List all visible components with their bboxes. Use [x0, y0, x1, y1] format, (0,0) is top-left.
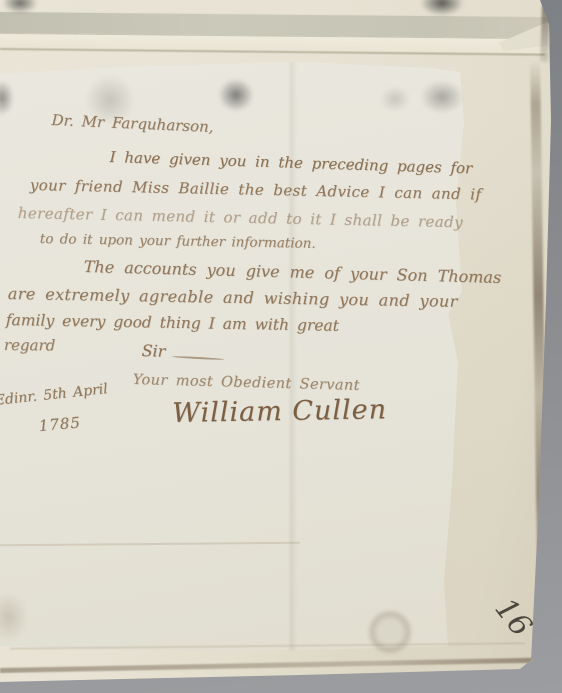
album-page: Dr. Mr Farquharson, I have given you in … [0, 0, 562, 693]
letter-sheet [0, 62, 472, 654]
ink-blot [420, 80, 464, 114]
signature: William Cullen [172, 394, 387, 429]
page-edge-wear-top [540, 6, 550, 62]
ink-blot [368, 610, 412, 654]
dateline-year: 1785 [38, 413, 82, 435]
body-line-8: regard [4, 336, 56, 354]
ink-blot [218, 78, 254, 112]
page-edge-wear [530, 60, 548, 620]
ink-blot [420, 0, 464, 16]
corner-mark: 16 [488, 592, 539, 644]
scan-background: Dr. Mr Farquharson, I have given you in … [0, 0, 562, 693]
closing-sir: Sir [141, 341, 165, 361]
ink-blot [380, 86, 410, 112]
page-bottom-edge-shadow [0, 658, 535, 673]
